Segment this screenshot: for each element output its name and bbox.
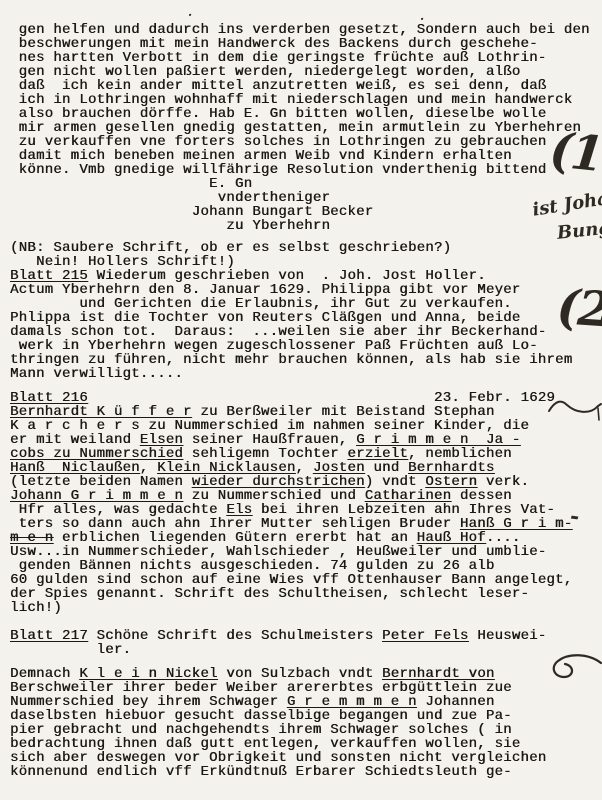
text-line: zu Yberhehrn xyxy=(10,219,602,233)
text-line: Actum Yberhehrn den 8. Januar 1629. Phil… xyxy=(10,283,602,297)
text-line: genden Bännen nichts ausgeschieden. 74 g… xyxy=(10,559,602,573)
text-line: gen nicht wollen paßiert werden, niederg… xyxy=(10,65,602,79)
text-line: lich!) xyxy=(10,601,602,615)
margin-arrow-mark xyxy=(544,650,602,688)
text-line: damit mich beneben meinen armen Weib vnd… xyxy=(10,149,602,163)
margin-number-annotation-2: (2 xyxy=(555,279,602,338)
text-line: beschwerungen mit mein Handwerck des Bac… xyxy=(10,37,602,51)
text-line: Usw...in Nummerschieder, Wahlschieder , … xyxy=(10,545,602,559)
text-line: Bernhardt K ü f f e r zu Berßweiler mit … xyxy=(10,405,602,419)
text-line: cobs zu Nummerschied sehligemn Tochter e… xyxy=(10,447,602,461)
text-line: ler. xyxy=(10,643,602,657)
paper-speck-2: · xyxy=(420,12,424,26)
text-line: (letzte beiden Namen wieder durchstriche… xyxy=(10,475,602,489)
text-line: (NB: Saubere Schrift, ob er es selbst ge… xyxy=(10,241,602,255)
text-line: daselbsten hiebuor gesucht dasselbige be… xyxy=(10,709,602,723)
text-line: Mann verwilligt..... xyxy=(10,367,602,381)
text-line: pier gebracht und nachgehendts ihrem Sch… xyxy=(10,723,602,737)
text-line: werk in Yberhehrn wegen zugeschlossener … xyxy=(10,339,602,353)
text-line: daß ich kein ander mittel anzutretten we… xyxy=(10,79,602,93)
text-line: könne. Vmb gnedige willfährige Resolutio… xyxy=(10,163,602,177)
text-block: Blatt 217 Schöne Schrift des Schulmeiste… xyxy=(10,629,602,657)
text-line: er mit weiland Elsen seiner Haußfrauen, … xyxy=(10,433,602,447)
scanned-document-page: gen helfen und dadurch ins verderben ges… xyxy=(0,0,602,800)
text-line: bedrachtung ihnen daß gutt entlegen, ver… xyxy=(10,737,602,751)
paper-speck-1: · xyxy=(188,8,192,22)
text-line: Blatt 215 Wiederum geschrieben von . Joh… xyxy=(10,269,602,283)
text-line: Nummerschied bey ihrem Schwager G r e m … xyxy=(10,695,602,709)
text-line: Blatt 217 Schöne Schrift des Schulmeiste… xyxy=(10,629,602,643)
text-line: ich in Lothringen wohnhaff mit niedersch… xyxy=(10,93,602,107)
text-line: mir armen gesellen gnedig gestatten, mei… xyxy=(10,121,602,135)
text-block: (NB: Saubere Schrift, ob er es selbst ge… xyxy=(10,241,602,381)
text-line: Johann G r i m m e n zu Nummerschied und… xyxy=(10,489,602,503)
text-line: Blatt 216 23. Febr. 1629 xyxy=(10,391,602,405)
text-line: vndertheniger xyxy=(10,191,602,205)
text-line: gen helfen und dadurch ins verderben ges… xyxy=(10,23,602,37)
text-line: m e n erblichen liegenden Gütern ererbt … xyxy=(10,531,602,545)
text-block: gen helfen und dadurch ins verderben ges… xyxy=(10,23,602,233)
text-line: ters so dann auch ahn Ihrer Mutter sehli… xyxy=(10,517,602,531)
text-line: könnenund endlich vff Erkündtnuß Erbarer… xyxy=(10,765,602,779)
text-line: sich aber deswegen vor Obrigkeit und son… xyxy=(10,751,602,765)
text-line: thringen zu führen, nicht mehr brauchen … xyxy=(10,353,602,367)
text-line: Berschweiler ihrer beder Weiber arererbt… xyxy=(10,681,602,695)
text-line: K a r c h e r s zu Nummerschied im nahme… xyxy=(10,419,602,433)
text-line: Hfr alles, was gedachte Els bei ihren Le… xyxy=(10,503,602,517)
text-line: Phlippa ist die Tochter von Reuters Cläß… xyxy=(10,311,602,325)
text-line: E. Gn xyxy=(10,177,602,191)
text-block: Blatt 216 23. Febr. 1629Bernhardt K ü f … xyxy=(10,391,602,615)
text-line: 60 gulden sind schon auf eine Wies vff O… xyxy=(10,573,602,587)
text-line: damals schon tot. Daraus: ...weilen sie … xyxy=(10,325,602,339)
text-line: Demnach K l e i n Nickel von Sulzbach vn… xyxy=(10,667,602,681)
text-block: Demnach K l e i n Nickel von Sulzbach vn… xyxy=(10,667,602,779)
text-line: der Spies genannt. Schrift des Schulthei… xyxy=(10,587,602,601)
text-line: nes hartten Verbott in dem die geringste… xyxy=(10,51,602,65)
margin-number-annotation-1: (1 xyxy=(547,122,602,183)
text-line: Hanß Niclaußen, Klein Nicklausen, Josten… xyxy=(10,461,602,475)
text-line: zu verkauffen vne forters solches in Lot… xyxy=(10,135,602,149)
text-line: Johann Bungart Becker xyxy=(10,205,602,219)
document-text: gen helfen und dadurch ins verderben ges… xyxy=(10,23,602,779)
text-line: Nein! Hollers Schrift!) xyxy=(10,255,602,269)
margin-squiggle-mark xyxy=(548,396,602,424)
text-line: und Gerichten die Erlaubnis, ihr Gut zu … xyxy=(10,297,602,311)
text-line: also brauchen dörffe. Hab E. Gn bitten w… xyxy=(10,107,602,121)
